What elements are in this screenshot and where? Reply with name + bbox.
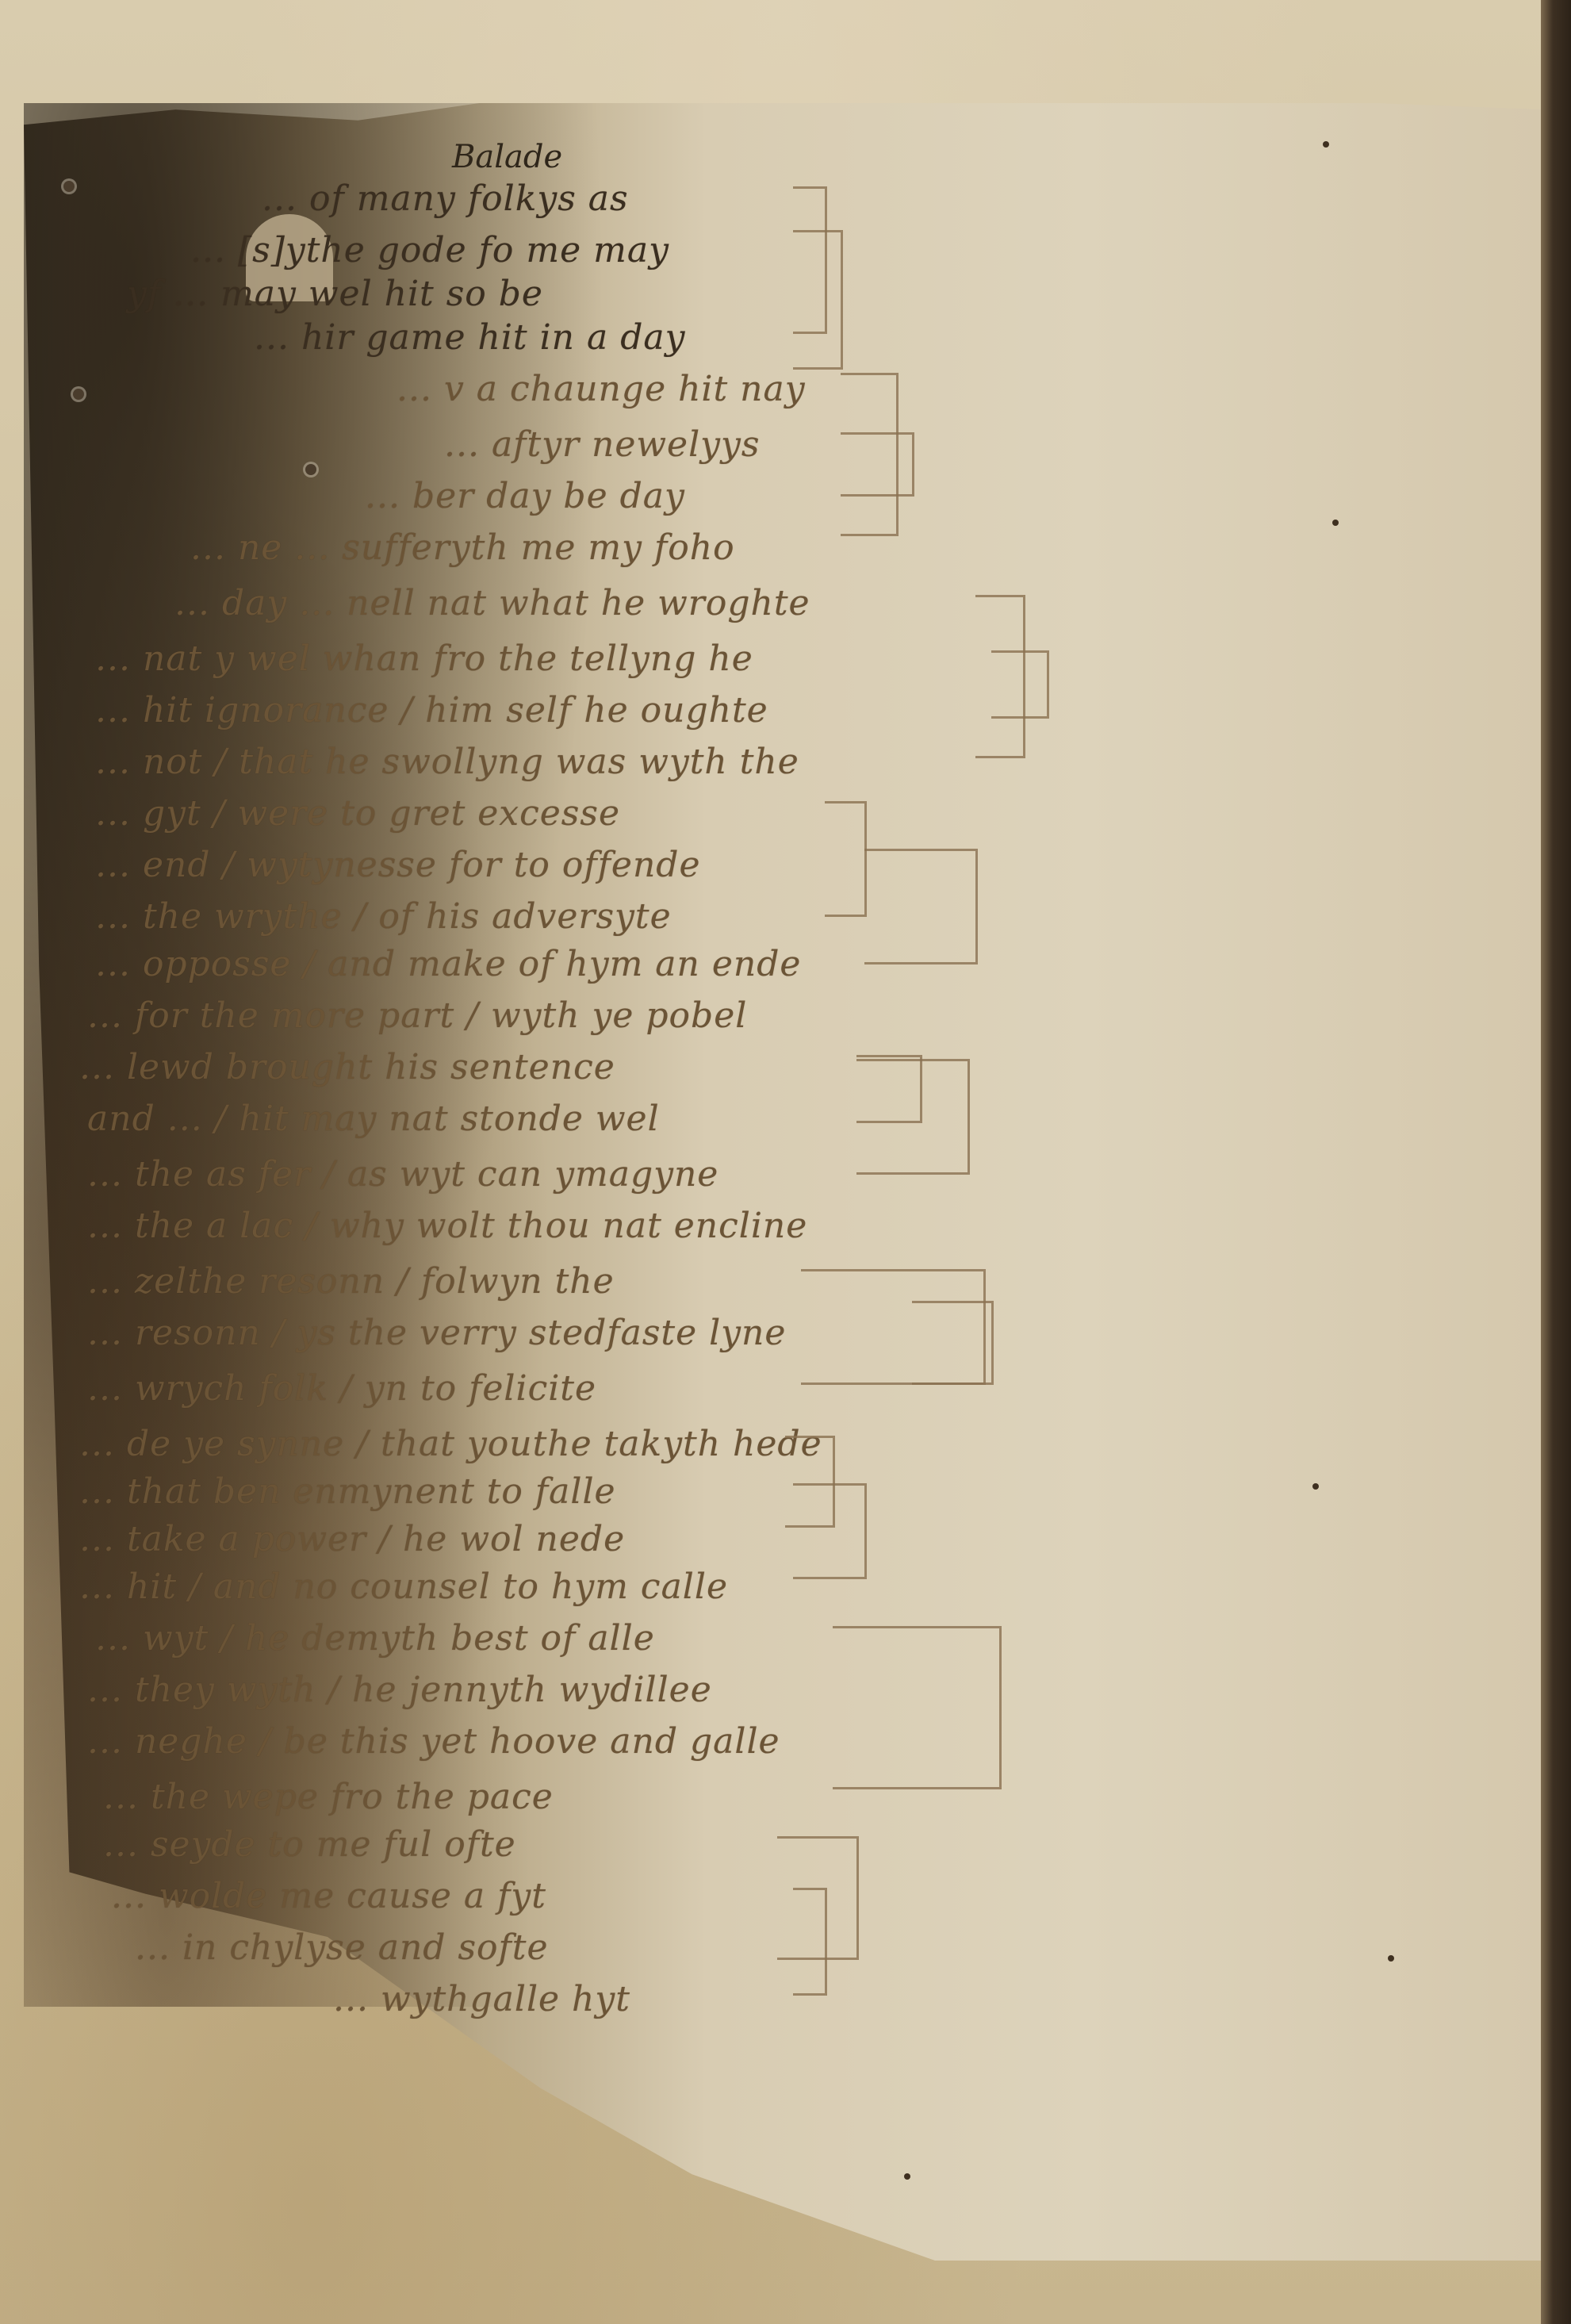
manuscript-line: ... zelthe resonn / folwyn the: [87, 1261, 615, 1302]
speck: [1312, 1483, 1319, 1490]
manuscript-heading: Balade: [452, 139, 562, 175]
manuscript-line: ... resonn / ys the verry stedfaste lyne: [87, 1313, 786, 1353]
manuscript-line: yf ... may wel hit so be: [127, 274, 543, 314]
rhyme-bracket: [833, 1626, 1002, 1789]
manuscript-line: ... ber day be day: [365, 476, 685, 516]
manuscript-line: ... day ... nell nat what he wroghte: [174, 583, 810, 623]
manuscript-line: ... they wyth / he jennyth wydillee: [87, 1670, 712, 1710]
manuscript-line: ... wyt / he demyth best of alle: [95, 1618, 655, 1659]
manuscript-line: ... of many folkys as: [262, 178, 629, 219]
manuscript-line: and ... / hit may nat stonde wel: [87, 1099, 660, 1139]
manuscript-line: ... lewd brought his sentence: [79, 1047, 615, 1087]
manuscript-line: ... the as fer / as wyt can ymagyne: [87, 1154, 718, 1195]
manuscript-line: ... hit ignorance / him self he oughte: [95, 690, 768, 731]
rhyme-bracket: [793, 230, 843, 370]
manuscript-line: ... nat y wel whan fro the tellyng he: [95, 639, 753, 679]
manuscript-line: ... wrych folk / yn to felicite: [87, 1368, 596, 1409]
manuscript-line: ... de ye synne / that youthe takyth hed…: [79, 1424, 822, 1464]
manuscript-line: ... gyt / were to gret excesse: [95, 793, 620, 834]
manuscript-line: ... opposse / and make of hym an ende: [95, 944, 801, 984]
rhyme-bracket: [825, 801, 867, 917]
manuscript-line: ... neghe / be this yet hoove and galle: [87, 1721, 780, 1762]
manuscript-line: ... the a lac / why wolt thou nat enclin…: [87, 1206, 807, 1246]
manuscript-line: ... not / that he swollyng was wyth the: [95, 742, 799, 782]
manuscript-line: ... seyde to me ful ofte: [103, 1824, 516, 1865]
rhyme-bracket: [975, 595, 1025, 758]
manuscript-line: ... end / wytynesse for to offende: [95, 845, 701, 885]
stitch-hole: [63, 181, 75, 192]
rhyme-bracket: [856, 1059, 970, 1175]
manuscript-line: ... that ben enmynent to falle: [79, 1471, 616, 1512]
speck: [1323, 141, 1329, 148]
manuscript-line: ... hit / and no counsel to hym calle: [79, 1567, 728, 1607]
stitch-hole: [305, 464, 316, 475]
stitch-hole: [73, 389, 84, 400]
manuscript-line: ... aftyr newelyys: [444, 424, 760, 465]
manuscript-line: ... [s]ythe gode fo me may: [190, 230, 669, 270]
speck: [1332, 520, 1339, 526]
manuscript-line: ... take a power / he wol nede: [79, 1519, 625, 1559]
rhyme-bracket: [864, 849, 978, 964]
manuscript-line: ... for the more part / wyth ye pobel: [87, 995, 747, 1036]
rhyme-bracket: [793, 1483, 867, 1579]
manuscript-line: ... the wepe fro the pace: [103, 1777, 554, 1817]
manuscript-line: ... v a chaunge hit nay: [397, 369, 806, 409]
manuscript-line: ... wythgalle hyt: [333, 1979, 630, 2019]
manuscript-line: ... hir game hit in a day: [254, 317, 685, 358]
binding-edge: [1541, 0, 1571, 2324]
speck: [1388, 1955, 1394, 1962]
rhyme-bracket: [793, 1888, 827, 1996]
rhyme-bracket: [912, 1301, 994, 1385]
rhyme-bracket: [841, 432, 914, 497]
manuscript-line: ... wolde me cause a fyt: [111, 1876, 546, 1916]
manuscript-line: ... ne ... sufferyth me my foho: [190, 527, 735, 568]
manuscript-line: ... in chylyse and softe: [135, 1927, 549, 1968]
manuscript-line: ... the wrythe / of his adversyte: [95, 896, 672, 937]
speck: [904, 2173, 910, 2180]
